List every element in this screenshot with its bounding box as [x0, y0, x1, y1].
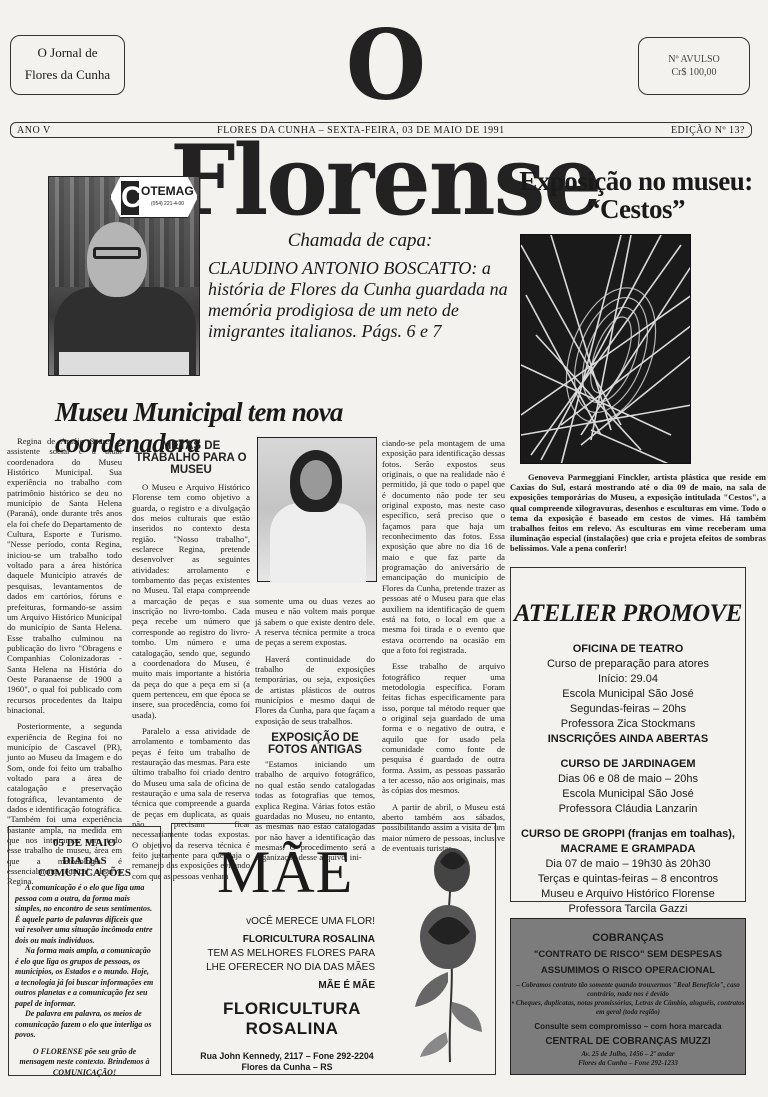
course-line: Dia 07 de maio – 19h30 às 20h30 — [511, 857, 745, 872]
comm-title: DIA DAS COMUNICAÇÕES — [15, 855, 154, 879]
communications-day-box: 05 DE MAIO DIA DAS COMUNICAÇÕES A comuni… — [8, 826, 161, 1076]
ad-line: MÃE É MÃE — [318, 980, 375, 991]
subheading: METAS DE TRABALHO PARA O MUSEU — [132, 440, 250, 476]
cob-company: CENTRAL DE COBRANÇAS MUZZI — [511, 1036, 745, 1047]
ear-line: O Jornal de — [11, 42, 124, 64]
newspaper-title: O Florense — [165, 7, 605, 123]
paragraph: Regina de Araújo Soares é assistente soc… — [7, 436, 122, 715]
ad-line: TEM AS MELHORES FLORES PARA — [207, 948, 375, 959]
cover-call-kicker: Chamada de capa: — [210, 230, 510, 252]
left-ear-box: O Jornal de Flores da Cunha — [10, 35, 125, 95]
ad-line: vOCÊ MERECE UMA FLOR! — [246, 916, 375, 927]
atelier-title: ATELIER PROMOVE — [511, 600, 745, 628]
place-date: FLORES DA CUNHA – SEXTA-FEIRA, 03 DE MAI… — [217, 125, 505, 136]
dateline-bar: ANO V FLORES DA CUNHA – SEXTA-FEIRA, 03 … — [10, 122, 752, 138]
course-line: Professora Cláudia Lanzarin — [511, 802, 745, 817]
course-heading: OFICINA DE TEATRO — [511, 642, 745, 657]
cotemag-initial: C — [121, 181, 139, 215]
course-groppi: CURSO DE GROPPI (franjas em toalhas), MA… — [511, 827, 745, 917]
figure-face — [300, 460, 332, 500]
paragraph: O Museu e Arquivo Histórico Florense tem… — [132, 482, 250, 720]
paragraph: ciando-se pela montagem de uma exposição… — [382, 438, 505, 655]
course-heading: CURSO DE GROPPI (franjas em toalhas), MA… — [511, 827, 745, 857]
cob-title: COBRANÇAS — [511, 932, 745, 944]
course-line: Museu e Arquivo Histórico Florense — [511, 887, 745, 902]
cob-line: "CONTRATO DE RISCO" SEM DESPESAS — [511, 949, 745, 960]
cob-line: ASSUMIMOS O RISCO OPERACIONAL — [511, 965, 745, 976]
mae-heading: MÃE — [217, 838, 353, 907]
article-column-2: METAS DE TRABALHO PARA O MUSEU O Museu e… — [132, 440, 250, 887]
course-heading: CURSO DE JARDINAGEM — [511, 757, 745, 772]
address-line: Rua John Kennedy, 2117 – Fone 292-2204 — [177, 1051, 397, 1062]
city-line: Flores da Cunha – RS — [177, 1062, 397, 1073]
cob-text: • Cheques, duplicatas, notas promissória… — [511, 999, 745, 1017]
ad-line: FLORICULTURA ROSALINA — [243, 934, 375, 945]
floricultura-ad[interactable]: MÃE vOCÊ MERECE UMA FLOR! FLORICULTURA R… — [171, 823, 496, 1075]
course-theatre: OFICINA DE TEATRO Curso de preparação pa… — [511, 642, 745, 747]
cobrancas-ad[interactable]: COBRANÇAS "CONTRATO DE RISCO" SEM DESPES… — [510, 918, 746, 1075]
comm-signoff: O FLORENSE põe seu grão de mensagem nest… — [15, 1047, 154, 1079]
comm-date: 05 DE MAIO — [15, 837, 154, 849]
course-line: Escola Municipal São José — [511, 687, 745, 702]
baskets-photo — [520, 234, 691, 464]
shop-address: Rua John Kennedy, 2117 – Fone 292-2204 F… — [177, 1051, 397, 1073]
exposition-headline: Exposição no museu: “Cestos” — [505, 167, 767, 223]
course-line: Professora Zica Stockmans — [511, 717, 745, 732]
cob-text: – Cobramos contrato tão somente quando t… — [511, 981, 745, 999]
course-line: Curso de preparação para atores — [511, 657, 745, 672]
ear-line: Flores da Cunha — [11, 64, 124, 86]
edition-number: EDIÇÃO Nº 13? — [671, 125, 745, 136]
course-line: Segundas-feiras – 20hs — [511, 702, 745, 717]
cotemag-badge: C OTEMAG (054) 221-4-00 — [110, 176, 198, 218]
exposition-title-line: “Cestos” — [505, 195, 767, 223]
comm-paragraph: Na forma mais ampla, a comunicação é elo… — [15, 946, 154, 1009]
article-column-1: Regina de Araújo Soares é assistente soc… — [7, 436, 122, 893]
paragraph: somente uma ou duas vezes ao museu e não… — [255, 596, 375, 648]
course-line: Professora Tarcila Gazzi — [511, 902, 745, 917]
course-line: Escola Municipal São José — [511, 787, 745, 802]
cob-line: Consulte sem compromisso – com hora marc… — [511, 1022, 745, 1031]
price-label: Nº AVULSO — [639, 53, 749, 66]
cotemag-phone: (054) 221-4-00 — [151, 201, 184, 207]
glasses-icon — [93, 247, 141, 259]
cover-call-text[interactable]: CLAUDINO ANTONIO BOSCATTO: a história de… — [208, 258, 508, 342]
course-line: Dias 06 e 08 de maio – 20hs — [511, 772, 745, 787]
cob-city: Flores da Cunha – Fone 292-1233 — [511, 1059, 745, 1068]
course-gardening: CURSO DE JARDINAGEM Dias 06 e 08 de maio… — [511, 757, 745, 817]
atelier-promo-box: ATELIER PROMOVE OFICINA DE TEATRO Curso … — [510, 567, 746, 902]
course-line: Início: 29.04 — [511, 672, 745, 687]
paragraph: Haverá continuidade do trabalho de expos… — [255, 654, 375, 726]
subheading: EXPOSIÇÃO DE FOTOS ANTIGAS — [255, 732, 375, 756]
price-box: Nº AVULSO Cr$ 100,00 — [638, 37, 750, 95]
comm-paragraph: A comunicação é o elo que liga uma pesso… — [15, 883, 154, 946]
exposition-body: Genoveva Parmeggiani Finckler, artista p… — [510, 472, 766, 554]
regina-photo — [257, 437, 377, 582]
course-footer: INSCRIÇÕES AINDA ABERTAS — [511, 732, 745, 747]
ad-line: LHE OFERECER NO DIA DAS MÃES — [206, 962, 375, 973]
course-line: Terças e quintas-feiras – 8 encontros — [511, 872, 745, 887]
comm-paragraph: De palavra em palavra, os meios de comun… — [15, 1009, 154, 1041]
shop-name: FLORICULTURA — [202, 999, 382, 1019]
figure-head — [87, 222, 147, 297]
cotemag-name: OTEMAG — [141, 184, 194, 198]
exposition-title-line: Exposição no museu: — [505, 167, 767, 195]
paragraph: Esse trabalho de arquivo fotográfico req… — [382, 661, 505, 795]
cob-address: Av. 25 de Julho, 1456 – 2º andar — [511, 1050, 745, 1059]
article-column-4: ciando-se pela montagem de uma exposição… — [382, 438, 505, 859]
volume: ANO V — [17, 125, 51, 136]
figure-body — [270, 503, 366, 583]
shop-name: ROSALINA — [202, 1019, 382, 1039]
rose-icon — [410, 832, 485, 1067]
price-value: Cr$ 100,00 — [639, 66, 749, 79]
